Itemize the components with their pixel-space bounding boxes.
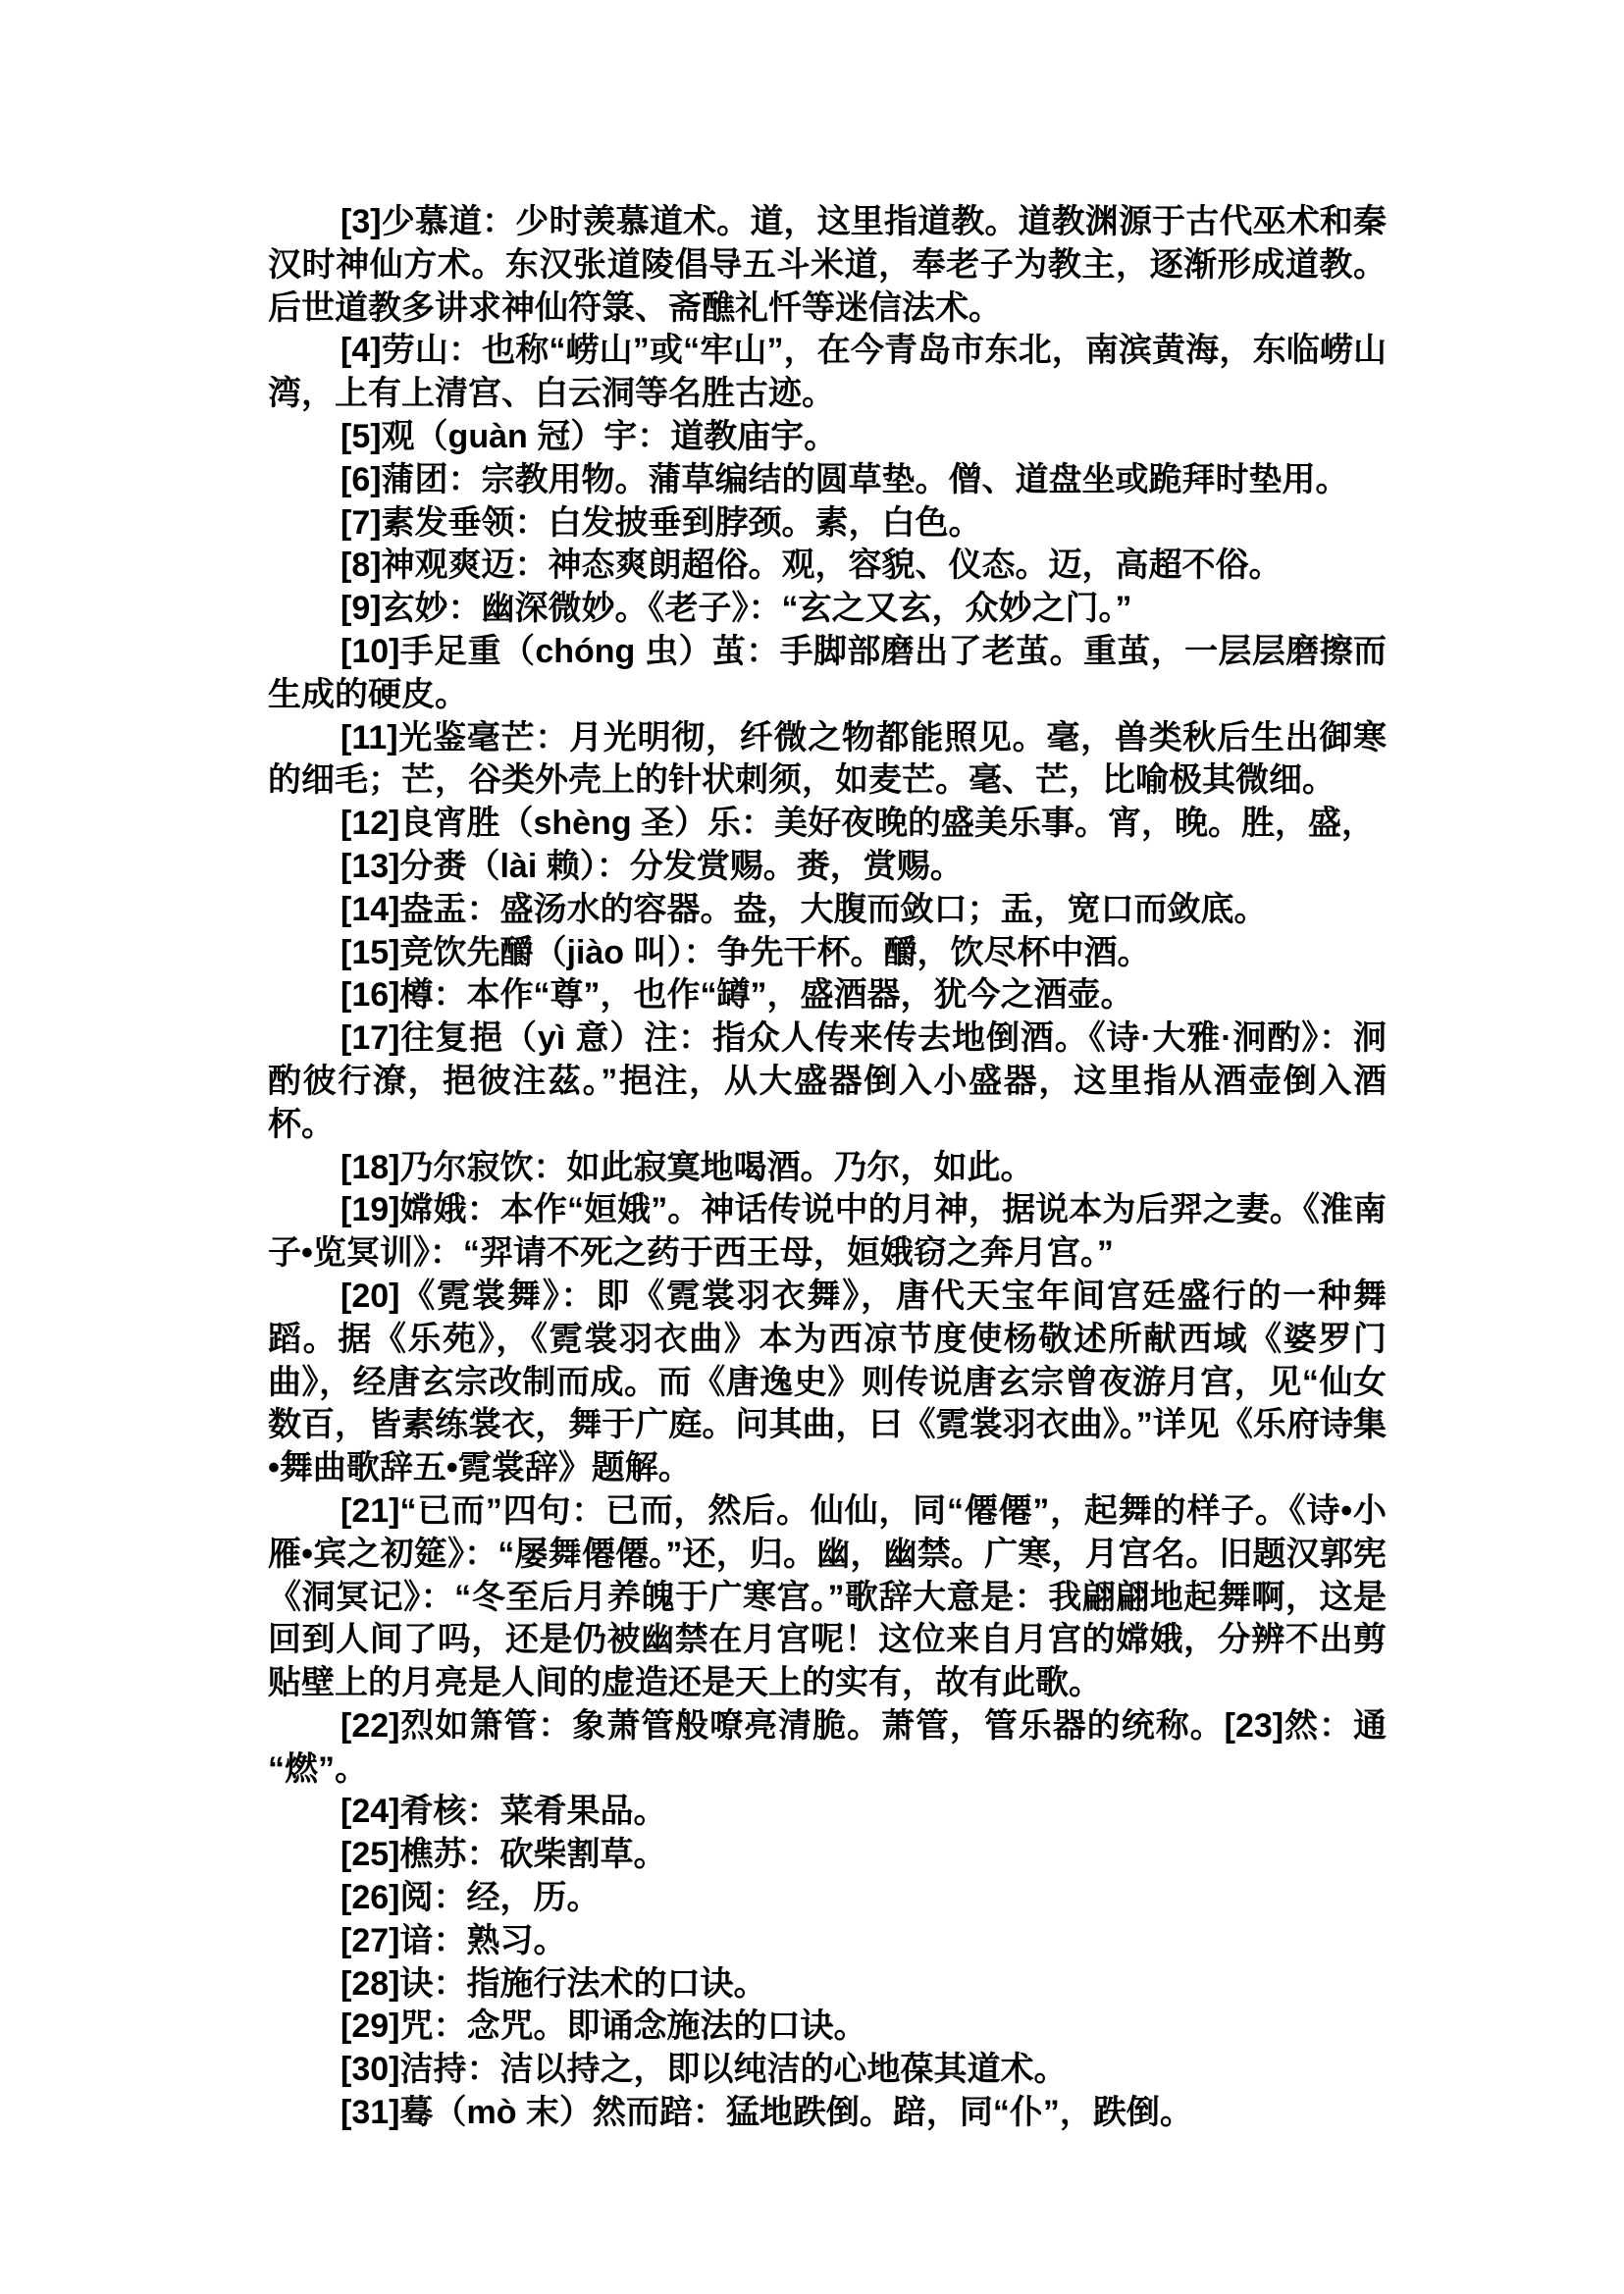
annotation-paragraph-13: [13]分赉（lài 赖）：分发赏赐。赉，赏赐。 (268, 846, 1387, 889)
annotation-paragraph-21: [21]“已而”四句：已而，然后。仙仙，同“僊僊”，起舞的样子。《诗•小雁•宾之… (268, 1490, 1387, 1705)
annotation-paragraph-12: [12]良宵胜（shèng 圣）乐：美好夜晚的盛美乐事。宵，晚。胜，盛， (268, 803, 1387, 846)
annotation-paragraph-18: [18]乃尔寂饮：如此寂寞地喝酒。乃尔，如此。 (268, 1147, 1387, 1190)
annotation-paragraph-19: [19]嫦娥：本作“姮娥”。神话传说中的月神，据说本为后羿之妻。《淮南子•览冥训… (268, 1189, 1387, 1276)
annotation-paragraph-6: [6]蒲团：宗教用物。蒲草编结的圆草垫。僧、道盘坐或跪拜时垫用。 (268, 459, 1387, 502)
annotation-paragraph-27: [27]谙：熟习。 (268, 1920, 1387, 1963)
annotations-text-block: [3]少慕道：少时羡慕道术。道，这里指道教。道教渊源于古代巫术和秦汉时神仙方术。… (268, 201, 1387, 2135)
annotation-paragraph-5: [5]观（guàn 冠）宇：道教庙宇。 (268, 416, 1387, 459)
scanned-document-page: [3]少慕道：少时羡慕道术。道，这里指道教。道教渊源于古代巫术和秦汉时神仙方术。… (0, 0, 1624, 2294)
annotation-paragraph-26: [26]阅：经，历。 (268, 1877, 1387, 1920)
annotation-paragraph-20: [20]《霓裳舞》：即《霓裳羽衣舞》，唐代天宝年间宫廷盛行的一种舞蹈。据《乐苑》… (268, 1276, 1387, 1490)
annotation-paragraph-3: [3]少慕道：少时羡慕道术。道，这里指道教。道教渊源于古代巫术和秦汉时神仙方术。… (268, 201, 1387, 330)
page-root: { "page": { "background_color": "#ffffff… (0, 0, 1624, 2294)
annotation-paragraph-30: [30]洁持：洁以持之，即以纯洁的心地葆其道术。 (268, 2049, 1387, 2092)
annotation-paragraph-16: [16]樽：本作“尊”，也作“罇”，盛酒器，犹今之酒壶。 (268, 974, 1387, 1017)
annotation-paragraph-25: [25]樵苏：砍柴割草。 (268, 1834, 1387, 1877)
annotation-paragraph-31: [31]蓦（mò 末）然而踣：猛地跌倒。踣，同“仆”，跌倒。 (268, 2092, 1387, 2135)
annotation-paragraph-8: [8]神观爽迈：神态爽朗超俗。观，容貌、仪态。迈，高超不俗。 (268, 545, 1387, 588)
annotation-paragraph-22-23: [22]烈如箫管：象萧管般嘹亮清脆。萧管，管乐器的统称。[23]然：通“燃”。 (268, 1705, 1387, 1792)
annotation-paragraph-11: [11]光鉴毫芒：月光明彻，纤微之物都能照见。毫，兽类秋后生出御寒的细毛；芒，谷… (268, 717, 1387, 804)
annotation-paragraph-10: [10]手足重（chóng 虫）茧：手脚部磨出了老茧。重茧，一层层磨擦而生成的硬… (268, 631, 1387, 717)
annotation-paragraph-29: [29]咒：念咒。即诵念施法的口诀。 (268, 2006, 1387, 2049)
annotation-paragraph-9: [9]玄妙：幽深微妙。《老子》：“玄之又玄，众妙之门。” (268, 588, 1387, 631)
annotation-paragraph-14: [14]盎盂：盛汤水的容器。盎，大腹而敛口；盂，宽口而敛底。 (268, 889, 1387, 932)
annotation-paragraph-4: [4]劳山：也称“崂山”或“牢山”，在今青岛市东北，南滨黄海，东临崂山湾，上有上… (268, 330, 1387, 416)
annotation-paragraph-17: [17]往复挹（yì 意）注：指众人传来传去地倒酒。《诗·大雅·泂酌》：泂酌彼行… (268, 1017, 1387, 1146)
annotation-paragraph-28: [28]诀：指施行法术的口诀。 (268, 1963, 1387, 2007)
annotation-paragraph-24: [24]肴核：菜肴果品。 (268, 1791, 1387, 1834)
annotation-paragraph-15: [15]竞饮先釂（jiào 叫）：争先干杯。釂，饮尽杯中酒。 (268, 932, 1387, 975)
annotation-paragraph-7: [7]素发垂领：白发披垂到脖颈。素，白色。 (268, 502, 1387, 546)
